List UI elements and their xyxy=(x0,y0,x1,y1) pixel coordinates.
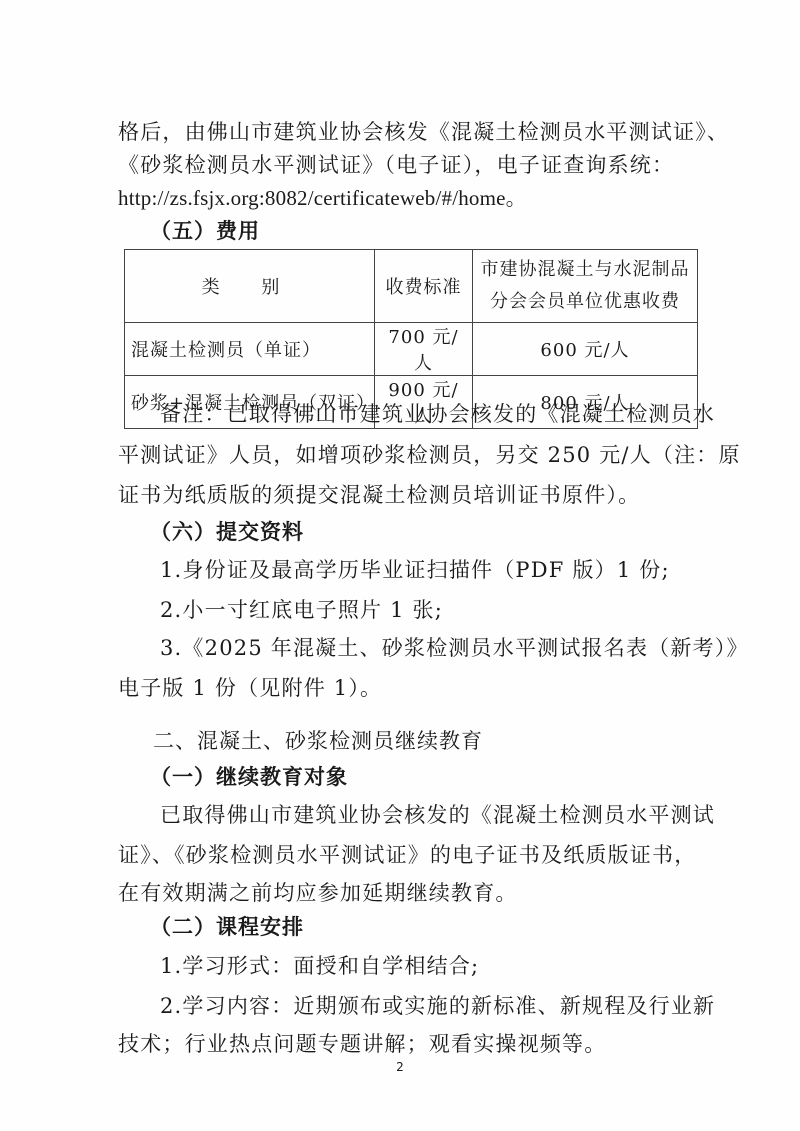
section-heading-course: （二）课程安排 xyxy=(150,912,304,942)
note-line: 平测试证》人员，如增项砂浆检测员，另交 250 元/人（注：原 xyxy=(118,440,698,470)
part-two-heading: 二、混凝土、砂浆检测员继续教育 xyxy=(153,726,483,756)
list-item: 2.学习内容：近期颁布或实施的新标准、新规程及行业新 xyxy=(160,991,700,1021)
header-member-fee: 市建协混凝土与水泥制品 分会会员单位优惠收费 xyxy=(473,250,698,323)
paragraph-line: 在有效期满之前均应参加延期继续教育。 xyxy=(118,878,698,908)
cell-standard-fee: 700 元/人 xyxy=(375,323,473,376)
section-heading-materials: （六）提交资料 xyxy=(150,517,304,547)
fee-table-header-row: 类 别 收费标准 市建协混凝土与水泥制品 分会会员单位优惠收费 xyxy=(125,250,698,323)
list-item: 1.身份证及最高学历毕业证扫描件（PDF 版）1 份; xyxy=(160,555,700,585)
paragraph-line: 证》、《砂浆检测员水平测试证》的电子证书及纸质版证书， xyxy=(118,840,698,870)
section-heading-fee: （五）费用 xyxy=(150,216,260,246)
list-item: 3.《2025 年混凝土、砂浆检测员水平测试报名表（新考）》 xyxy=(160,633,700,663)
page-number: 2 xyxy=(0,1060,800,1074)
header-standard-fee: 收费标准 xyxy=(375,250,473,323)
header-category: 类 别 xyxy=(125,250,375,323)
list-item-continuation: 电子版 1 份（见附件 1）。 xyxy=(118,673,698,703)
document-page: 格后，由佛山市建筑业协会核发《混凝土检测员水平测试证》、 《砂浆检测员水平测试证… xyxy=(0,0,800,1131)
section-heading-target: （一）继续教育对象 xyxy=(150,762,348,792)
table-row: 混凝土检测员（单证） 700 元/人 600 元/人 xyxy=(125,323,698,376)
list-item: 1.学习形式：面授和自学相结合; xyxy=(160,951,700,981)
note-line: 证书为纸质版的须提交混凝土检测员培训证书原件）。 xyxy=(118,480,698,510)
certificate-query-url[interactable]: http://zs.fsjx.org:8082/certificateweb/#… xyxy=(118,183,698,213)
list-item: 2.小一寸红底电子照片 1 张; xyxy=(160,595,700,625)
cell-member-fee: 600 元/人 xyxy=(473,323,698,376)
paragraph-line: 《砂浆检测员水平测试证》（电子证），电子证查询系统： xyxy=(118,150,698,180)
cell-category: 混凝土检测员（单证） xyxy=(125,323,375,376)
paragraph-line: 已取得佛山市建筑业协会核发的《混凝土检测员水平测试 xyxy=(160,800,700,830)
list-item-continuation: 技术；行业热点问题专题讲解；观看实操视频等。 xyxy=(118,1029,698,1059)
note-line: 备注：已取得佛山市建筑业协会核发的《混凝土检测员水 xyxy=(160,399,700,429)
paragraph-line: 格后，由佛山市建筑业协会核发《混凝土检测员水平测试证》、 xyxy=(118,117,698,147)
